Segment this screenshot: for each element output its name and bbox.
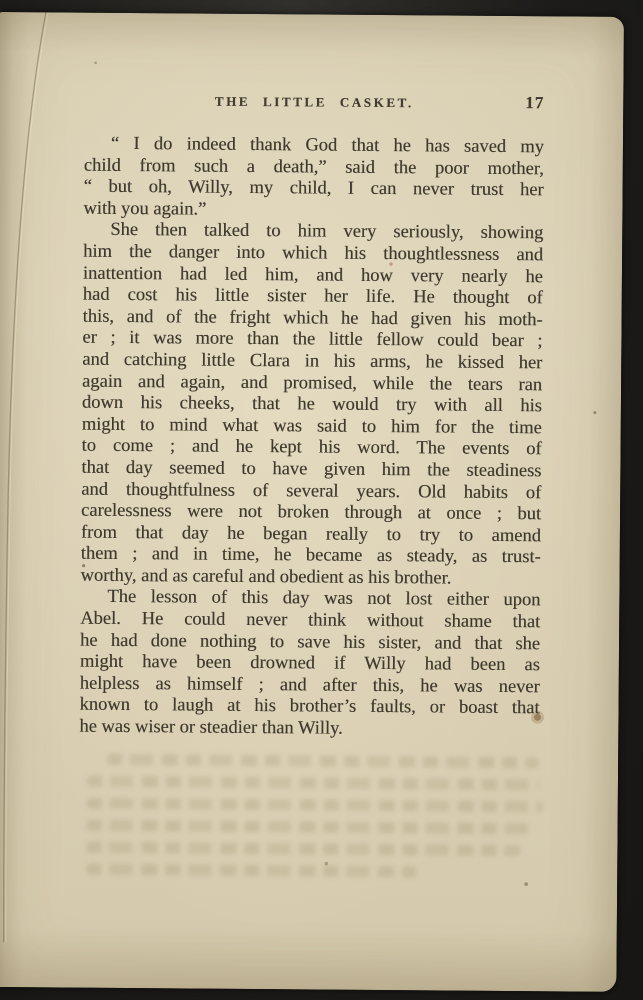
showthrough-line — [87, 820, 531, 834]
running-header: THE LITTLE CASKET. — [84, 93, 544, 113]
showthrough-line — [86, 864, 416, 878]
paragraph: “ I do indeed thank God that he has save… — [83, 134, 544, 224]
text-line: him the danger into which his thoughtles… — [83, 242, 543, 267]
text-line: “ I do indeed thank God that he has save… — [84, 134, 544, 159]
paragraph: She then talked to him very seriously, s… — [80, 220, 543, 591]
text-line: and catching little Clara in his arms, h… — [82, 350, 542, 375]
page-number: 17 — [525, 93, 544, 113]
text-line: carelessness were not broken through at … — [81, 501, 541, 526]
page-header: THE LITTLE CASKET. 17 — [84, 93, 544, 115]
showthrough-line — [87, 798, 543, 813]
showthrough-line — [87, 776, 539, 791]
text-line: that day seemed to have given him the st… — [81, 458, 541, 483]
text-column: “ I do indeed thank God that he has save… — [79, 134, 544, 742]
showthrough-line — [86, 842, 520, 856]
book-page: THE LITTLE CASKET. 17 “ I do indeed than… — [0, 12, 624, 992]
showthrough-line — [107, 754, 539, 768]
text-line: Abel. He could never think without shame… — [80, 609, 540, 634]
paragraph: The lesson of this day was not lost eith… — [79, 587, 540, 742]
scanner-background: THE LITTLE CASKET. 17 “ I do indeed than… — [0, 0, 643, 1000]
text-line: he was wiser or steadier than Willy. — [79, 717, 539, 742]
